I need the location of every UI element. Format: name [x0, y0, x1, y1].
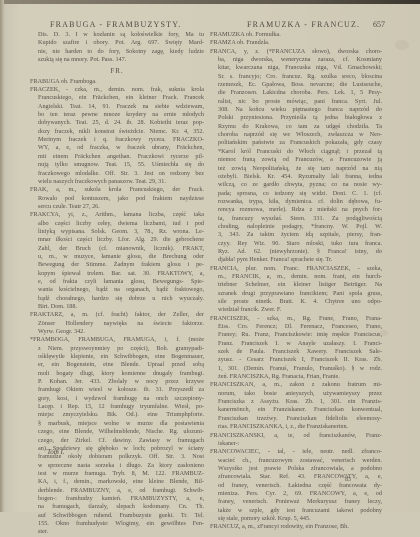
text-line: czego, der Zirkel. Cf. dawiny. Zawiasy w… — [30, 437, 204, 445]
text-line: moli bogaty dlugi, ktory komienne dnugal… — [30, 370, 204, 378]
text-line: choding, nalopleinie podagry, *francny. … — [210, 223, 382, 231]
text-line: albo części liczby cełey, dwiema liczbam… — [30, 220, 204, 228]
text-line: na framugach, tlarzaly, slepach kodomany… — [30, 503, 204, 511]
text-line: ośklęwytle klepienie, ein Schwibbogen, e… — [30, 353, 204, 361]
text-line: Rowalo pod kontuszem, jako pod frakiem n… — [30, 195, 204, 203]
text-line: Zönser Hollendery naywięks na świecie fa… — [30, 320, 204, 328]
text-line: § marbusk, miejsce wolne w murze dla pos… — [30, 420, 204, 428]
text-line: norum, tako bosie anieyszych, używamieys… — [210, 390, 382, 398]
text-line: szek de Paula. Franciszek Xawery. Franci… — [210, 348, 382, 356]
text-line: wacieć ch., francuzowym zostawać, veneri… — [210, 457, 382, 465]
text-line: FRAMUZKA ob. Formułka. — [210, 31, 382, 39]
text-line: kopym śpiewal trelem. Bar. sat. 30. FRAK… — [30, 270, 204, 278]
text-line: mnar ilkości części liczby. Lfor. Alg. 2… — [30, 236, 204, 244]
text-line: *Karol król Francuski do Włoch ciągnął; … — [210, 148, 382, 156]
left-column: Dis. D. 3. I w kozłanin są kołoświelkie … — [30, 31, 204, 512]
text-line: 308. Na koñcu wieku piętnastego franca n… — [210, 106, 382, 114]
text-line: niemoc franą zowią od Francuzów, a Franc… — [210, 156, 382, 164]
text-line: Franciszkan trzeźwy. Franciszkan fidelio… — [210, 415, 382, 423]
text-line: Zahl, der Bruch (cf. mianownik, licznik)… — [30, 245, 204, 253]
text-line: też zowią Neopolitańską, że się tam napr… — [210, 165, 382, 173]
text-line: die Franzosen. Lakicdna choroba. Pers. L… — [210, 89, 382, 97]
text-line: u, m., w muzyce, łamanie glosu, die Brec… — [30, 253, 204, 261]
right-column: FRAMUZKA ob. Formułka.FRAMZA ob. Frandzl… — [210, 31, 382, 512]
text-line: wiedział francik. Zwer. F. — [210, 306, 382, 314]
text-line: choroba naprzód się we Włoszech, zwłaszc… — [210, 131, 382, 139]
running-head-left: FRABUGA - FRAMBUZYSTY. — [50, 20, 181, 29]
text-line: Eiss. Cro. Ferencz; Dl. Ferenacz, France… — [210, 323, 382, 331]
text-line: nują tylko smugnow. Teat. 15, 55. Uśmiec… — [30, 161, 204, 169]
text-line: WY, a, e, od fraczka, w fraczek ubrany, … — [30, 144, 204, 152]
text-line: rias. FRANCISZKANKA, i, z., die Franzisk… — [210, 423, 382, 431]
text-line: FRAKCYA, yi, z., Arithm., łamana liczba,… — [30, 211, 204, 219]
text-line: Kupido szafire i obory. Pot. Arg. 697. Ś… — [30, 39, 204, 47]
text-line: KA, i, f., demin., markowski, eine klein… — [30, 478, 204, 486]
text-line: Wszystko jest prawie Polska zfrancowiala… — [210, 465, 382, 473]
volume-signature: Tom I. — [47, 448, 65, 456]
text-line: triebner Schelmer, ein kleiner listiger … — [210, 281, 382, 289]
text-line: Franciszka z Assyżu. Kras. Zb. 1, 301. e… — [210, 398, 382, 406]
text-line: Ryz. Ad. 62. (niewyhrzonie). § Franca! i… — [210, 248, 382, 256]
text-line: Polski przyniesiona. Przynieśla tą jedna… — [210, 114, 382, 122]
text-line: *FRAMBOGA, FRAMBUGA, FRAMUGA, i, f. (moż… — [30, 336, 204, 344]
text-line: politańskim państwie za Francuskich poka… — [210, 139, 382, 147]
text-line: Sr. s. francyjo; Cro. francuz. Rg. szulk… — [210, 73, 382, 81]
text-line: Wyrw. Geogr. 342. — [30, 328, 204, 336]
text-line: rozwanka, trypa, kiła, dymienica. cf. do… — [210, 198, 382, 206]
page-number: 657 — [373, 20, 385, 29]
text-line: er, ein Bogenstein, eine Blende. Upraal … — [30, 361, 204, 369]
dictionary-page: FRABUGA - FRAMBUZYSTY. FRAMUZKA - FRANCU… — [0, 0, 420, 512]
text-line: FRAMZA ob. Frandzla. — [210, 39, 382, 47]
text-line: sile proste ninetk. Bratt. K. 4. Chytree… — [210, 298, 382, 306]
text-line: Franz. Franciszek I. w Anayle uzałaszy. … — [210, 340, 382, 348]
printer-signature-mark: 83 — [345, 477, 351, 483]
text-line: dozy fraczek, nikli konstrat świeżdcie. … — [30, 128, 204, 136]
text-line: iest w murze framuga. Tryb. 8, M. 122. F… — [30, 470, 204, 478]
text-line: fraczkowego mlodalke. Off. Str. 3. Jest … — [30, 170, 204, 178]
text-line: szranek drugi przyprawiano francikiem; P… — [210, 290, 382, 298]
text-line: Franey; Ru. Franz, Franciszkowie: imię m… — [210, 331, 382, 339]
text-line: FRANCIA, plur. nom. Franc. FRANCIASZEK, … — [210, 265, 382, 273]
text-line: czego, eine Blende, Wilhelmsblende, Nisc… — [30, 428, 204, 436]
text-line: FRANCISZKAN, a, m., zakon z zakonu fratr… — [210, 381, 382, 389]
text-line: bądź chorałnego, hardzo się dobrze u nic… — [30, 295, 204, 303]
text-line: wielu naszych fraczkowych panaszow. Teat… — [30, 178, 204, 186]
text-line: P. Kohan. Jer. 433. Zbolały w nocy przez… — [30, 378, 204, 386]
left-entries: FRABUGA ob. Framboga.FRACZEK, - czka, m.… — [30, 78, 204, 512]
text-line: sercu czule. Teatr 27, 26. — [30, 203, 204, 211]
text-line: rencya rozmowa, merle). Rdza z mieñski n… — [210, 206, 382, 214]
text-line: FRANCISZEK, - szka, m., Rg. Frane, Frano… — [210, 315, 382, 323]
text-line: iskaner-: — [210, 440, 382, 448]
text-line: Merinym fraczek i q. fraczkowy rycera. F… — [30, 136, 204, 144]
text-line: z Niem. przyswoynmiey po części), Boh. g… — [30, 345, 204, 353]
text-line: Dis. D. 3. I w kozłanin są kołoświelkie … — [30, 31, 204, 39]
left-intro-text: Dis. D. 3. I w kozłanin są kołoświelkie … — [30, 31, 204, 64]
text-line: ralist, nic bo proste mówiąc, pani franc… — [210, 98, 382, 106]
text-line: kanermönch, ein Franziskaner. Franciszka… — [210, 406, 382, 414]
text-line: zfrancowiala. Star. Ref. 43. FRANCOWATY,… — [210, 473, 382, 481]
text-line: szukią się na mnory. Pot. Pass. 147. — [30, 56, 204, 64]
text-line: FRAK, a, m., sukola krola Francuskiego, … — [30, 186, 204, 194]
text-line: ta, francuzy wyszłaś. Steen. 331. Za pod… — [210, 215, 382, 223]
text-line: w sprzeczne nasta sorzeka i długo. Za kt… — [30, 462, 204, 470]
text-line: FRANCISZKANSKI, a, ie, od franciszkanów,… — [210, 432, 382, 440]
text-line: FRAKTARZ, a, m. (cf. fracht) faktor, der… — [30, 311, 204, 319]
text-line: 3, 343. Za takim życiem idą szpitale, pi… — [210, 231, 382, 239]
page-binding-edge — [0, 0, 4, 512]
text-line: m., FRANCIK, a, m., demin. nom. frant, e… — [210, 273, 382, 281]
paper-stain — [395, 40, 409, 50]
text-line: FRANCOWACIEC, - ial, - iele, neutr. nedl… — [210, 448, 382, 456]
text-line: FRACZEK, - czka, m., demin. nom. frak, s… — [30, 86, 204, 94]
text-line: kitar, kwarczana niga, Francuska niga, V… — [210, 64, 382, 72]
text-line: bo ten teraz pewne mnoze koydery na erni… — [30, 111, 204, 119]
text-line: pada; sprosna, co iedzony się widzi. Don… — [210, 190, 382, 198]
text-line: Bewegung der Stimme. Żadnym frakiem glos… — [30, 261, 204, 269]
text-line: dobywanych. Teat. 25, d. 24. ib. 28. Kob… — [30, 119, 204, 127]
right-entries: FRAMUZKA ob. Formułka.FRAMZA ob. Frandzl… — [210, 31, 382, 512]
page-top-edge — [0, 0, 420, 4]
text-line: ba, niga dworska, weneryczna zaraza, cf.… — [210, 56, 382, 64]
text-line: franey, venerisch. Ponieważ Merkuryusz f… — [210, 498, 382, 506]
text-line: wania kościelnego, bądź na organach, bąd… — [30, 286, 204, 294]
text-line: Rzymu do Krakowa, co tam za udgęś chodzi… — [210, 123, 382, 131]
text-line: FRANCA, y, z. (*FRANCUZA słowo), dworska… — [210, 48, 382, 56]
text-line: bogen-: framhudzy kamień. FRAMBUZYSTY, a… — [30, 495, 204, 503]
text-line: Lacęp. i Rep. 15, 12 framhugy tryumfalne… — [30, 403, 204, 411]
text-line: czyy. Rey Wiz. 90. Staro mloski, iuko iu… — [210, 240, 382, 248]
text-line: rzemeszk, Ec. Gpałowa, Boss. nevarcne; d… — [210, 81, 382, 89]
text-line: 1, 301. (Demin. Franuś, Franulo, Franuśk… — [210, 365, 382, 373]
text-line: także w szple, gdy iest francuzami iakow… — [210, 507, 382, 512]
text-line: liniyką wypisana. Solsk. Geom. 3, 78., R… — [30, 228, 204, 236]
text-line: Angielski. Teat. 14, 91. Fraczek na sieb… — [30, 103, 204, 111]
text-line: żeń. FRANCISZKA, Rg. Franacia, Frian, Fr… — [210, 373, 382, 381]
text-line: wilczą, co ze gardło chwyta, pyzna; co n… — [210, 181, 382, 189]
running-head-right: FRAMUZKA - FRANCUZ. — [247, 20, 360, 29]
text-line: e, od frakta czyli łamania glosu, Bewegu… — [30, 278, 204, 286]
text-line: Francuskiego, ein Fräckchen, ein kleiner… — [30, 94, 204, 102]
text-line: gory, kosi, i wydzwol framhugę na onch s… — [30, 395, 204, 403]
text-line: djabła! pym Henker. Franca! spracheie si… — [210, 256, 382, 264]
text-line: framhugi Okiem wieel w kołosze. ib. 31. … — [30, 386, 204, 394]
text-line: od franey, venerisch. Łakiedna część fra… — [210, 482, 382, 490]
text-line: nie, nie harden to do fory, Sokotny zagę… — [30, 48, 204, 56]
text-line: Birt. Dom. 188. — [30, 303, 204, 311]
text-line: zyusz. - Cesarz Franciszek I, Franciszek… — [210, 356, 382, 364]
section-heading: FR. — [30, 67, 204, 75]
text-line: mieniza. Pers. Cyr. 2, 69. FRANCOWY, a, … — [210, 490, 382, 498]
text-line: mit einem Fräckchen angethan. Fraczkowi … — [30, 153, 204, 161]
text-line: ożebyli. Bielsk. Kr. 454. Ryzumalty lali… — [210, 173, 382, 181]
text-line: FRABUGA ob. Framboga. — [30, 78, 204, 86]
text-line: miejsc zmyczyielsku. Bik. Od.). eine Tri… — [30, 411, 204, 419]
text-line: derblende. FRAMBUZNY, a, e, od framhugi.… — [30, 487, 204, 495]
